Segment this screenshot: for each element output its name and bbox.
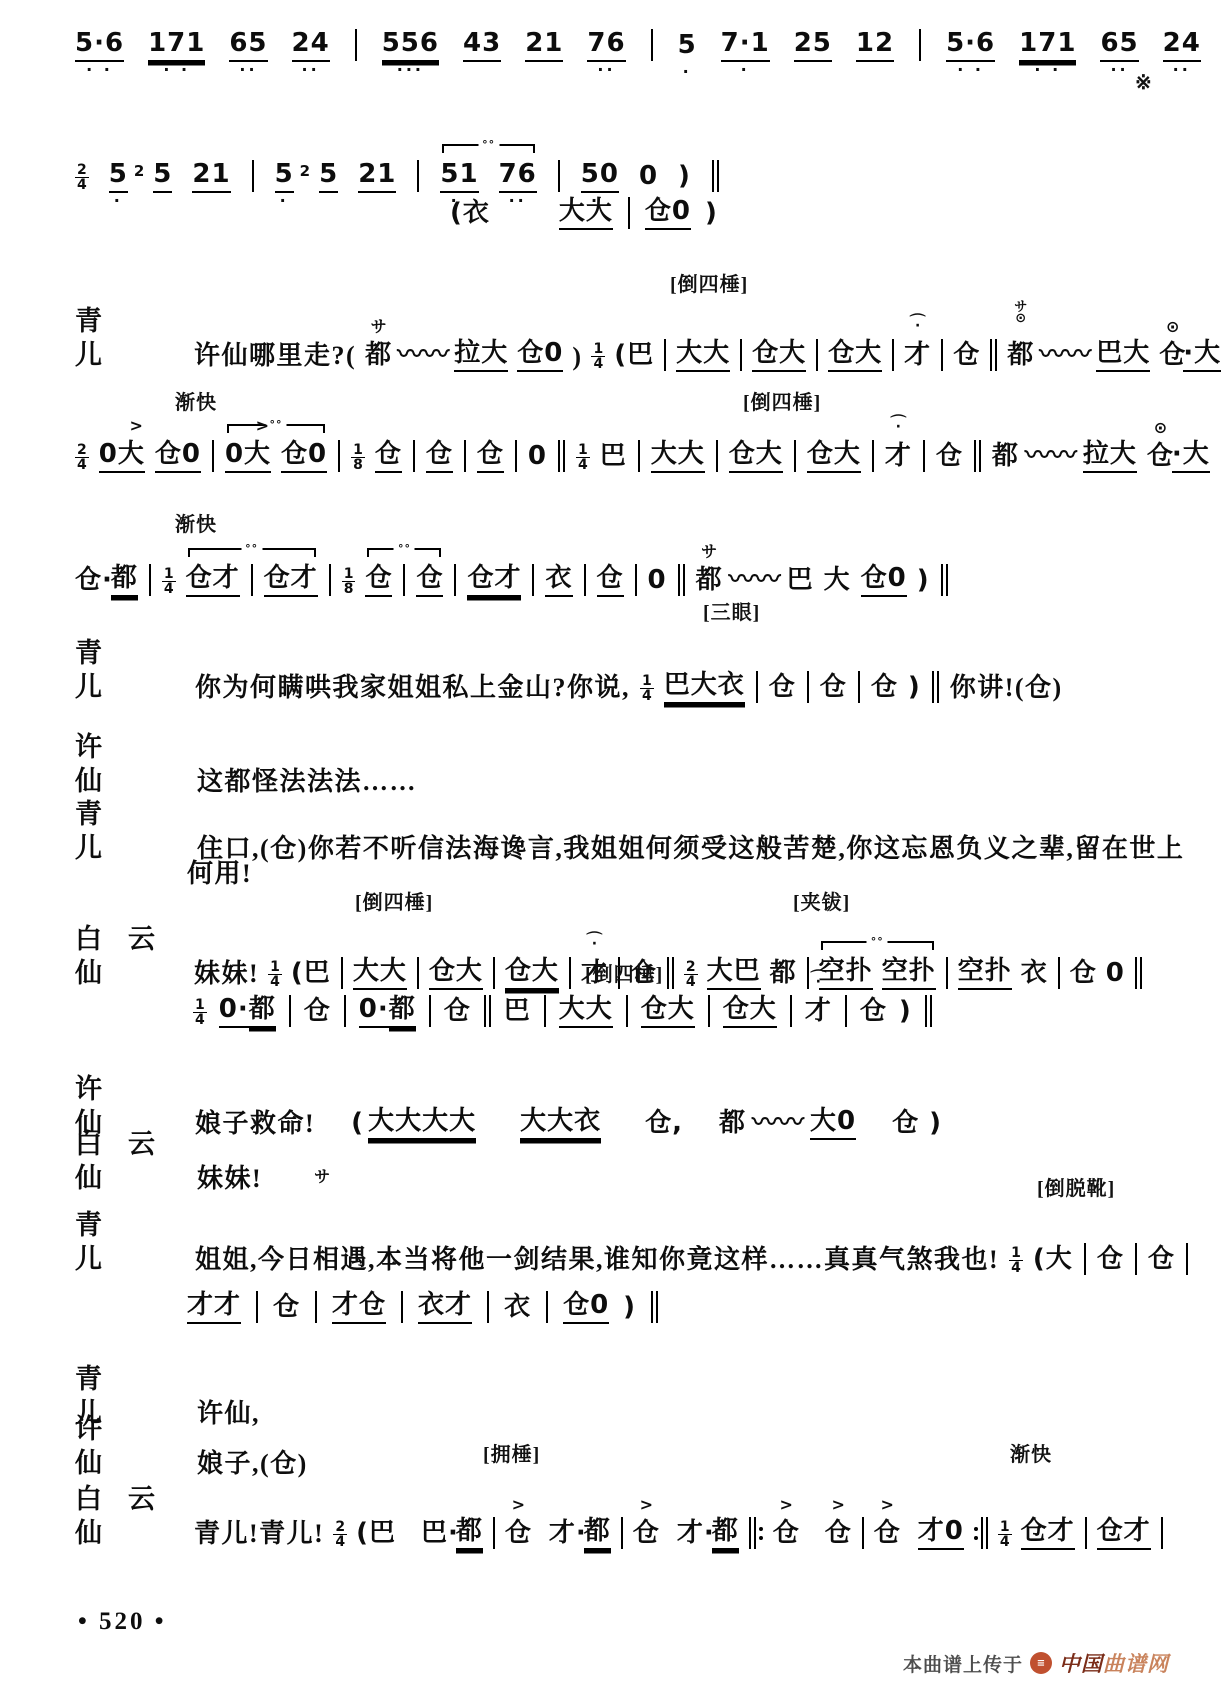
notation-token: 43: [463, 26, 501, 62]
score-line: [倒四棰]青 儿许仙哪里走?(都サ〰〰拉大仓0)14(巴大大仓大仓大才⌒仓都サ⊙…: [75, 268, 1191, 372]
notation-token: 才⌒: [805, 994, 832, 1028]
time-signature: 14: [1009, 1246, 1023, 1275]
notation-token: 巴大: [1096, 336, 1150, 372]
notation-token: 仓·: [75, 563, 113, 597]
barline: [789, 994, 793, 1028]
barline: [545, 1290, 549, 1324]
notation-mark: >: [825, 1497, 852, 1512]
notation-token: (巴: [614, 338, 654, 372]
notation-token: 0大>: [99, 437, 145, 473]
notation-token: 5·: [275, 157, 294, 193]
notation-token: 0·: [219, 992, 249, 1028]
octave-dots: ··: [229, 63, 267, 77]
annotation: [三眼]: [703, 596, 760, 625]
notation-token: 仓>: [505, 1516, 532, 1550]
score-line: 何用!: [75, 853, 1191, 890]
notation-token: 仓0: [861, 561, 907, 597]
barline: [634, 563, 638, 597]
barline: [844, 994, 848, 1028]
notation-token: 76··: [587, 26, 625, 62]
octave-dots: · ·: [946, 63, 995, 77]
barline: [891, 338, 895, 372]
notation-mark: ⌒: [581, 932, 608, 952]
speaker-name: 白云仙: [75, 1482, 155, 1550]
octave-dots: ···: [382, 63, 439, 77]
notation-row: 140·都仓0·都仓巴大大仓大仓大才⌒仓): [193, 992, 1191, 1028]
barline: [1160, 1516, 1164, 1550]
barline: [483, 994, 492, 1028]
octave-dots: · ·: [1019, 63, 1076, 77]
barline: [337, 439, 341, 473]
notation-token: 衣才: [418, 1288, 472, 1324]
barline: [650, 28, 654, 62]
barline: [416, 159, 420, 193]
notation-row: 青 儿许仙哪里走?(都サ〰〰拉大仓0)14(巴大大仓大仓大才⌒仓都サ⊙〰〰巴大仓…: [75, 304, 1191, 372]
notation-token: 0·: [359, 992, 389, 1028]
barline: [748, 1516, 764, 1550]
page-number: • 520 •: [78, 1608, 167, 1636]
time-signature: 24: [75, 443, 89, 472]
barline: [1084, 1516, 1088, 1550]
notation-token: 仓: [477, 437, 504, 473]
watermark-brand-light: 曲谱网: [1103, 1652, 1169, 1676]
notation-row: 青 儿姐姐,今日相遇,本当将他一剑结果,谁知你竟这样……真真气煞我也!14(大仓…: [75, 1208, 1191, 1276]
barline: [328, 563, 332, 597]
notation-token: 仓0: [517, 336, 563, 372]
notation-token: 171· ·: [148, 26, 205, 62]
notation-token: 〰〰: [729, 563, 781, 597]
time-signature: 14: [162, 567, 176, 596]
octave-dots: · ·: [148, 63, 205, 77]
barline: [806, 670, 810, 704]
tuplet-group: °°51· 76··: [440, 144, 536, 193]
notation-token: 24··: [1163, 26, 1201, 62]
notation-token: 21: [358, 157, 396, 193]
time-signature: 18: [351, 443, 365, 472]
speaker-name: 青 儿: [75, 636, 155, 704]
octave-dots: ··: [292, 63, 330, 77]
dialogue-text: 许仙哪里走?(: [194, 335, 356, 372]
tuplet-bracket: °°: [442, 144, 534, 153]
notation-token: 都: [389, 992, 416, 1028]
notation-row: 白云仙青儿!青儿!24(巴巴·都仓>才·都仓>才·都仓>仓>仓>才014仓才仓才: [75, 1482, 1191, 1550]
notation-mark: ⊙: [1147, 420, 1174, 435]
qupu-site-logo-icon: ≡: [1030, 1652, 1052, 1674]
barline: [793, 439, 797, 473]
notation-token: 仓0: [155, 437, 201, 473]
barline: [620, 1516, 624, 1550]
watermark-text: 本曲谱上传于: [903, 1650, 1023, 1677]
barline: [857, 670, 861, 704]
barline: [428, 994, 432, 1028]
barline: [715, 439, 719, 473]
notation-token: 5: [153, 157, 172, 193]
notation-row: 青 儿你为何瞒哄我家姐姐私上金山?你说,14巴大衣仓仓仓)你讲!(仓): [75, 636, 1191, 704]
barline: [755, 670, 759, 704]
notation-token: 5·6· ·: [75, 26, 124, 62]
notation-token: 仓大: [807, 437, 861, 473]
dialogue-text: 何用!: [187, 853, 252, 890]
dialogue-text: ): [572, 342, 582, 372]
notation-token: 仓: [936, 439, 963, 473]
annotation: [倒四棰]: [743, 386, 821, 415]
barline: [739, 338, 743, 372]
barline: [211, 439, 215, 473]
barline: [663, 338, 667, 372]
barline: [918, 28, 922, 62]
octave-dots: ··: [1100, 63, 1138, 77]
score-line: [三眼]青 儿你为何瞒哄我家姐姐私上金山?你说,14巴大衣仓仓仓)你讲!(仓): [75, 596, 1191, 704]
notation-token: 才·: [549, 1516, 587, 1550]
time-signature: 24: [333, 1520, 347, 1549]
barline: [871, 439, 875, 473]
notation-token: 大大: [559, 194, 613, 230]
notation-token: 仓: [820, 670, 847, 704]
barline: [343, 994, 347, 1028]
notation-mark: ⊙: [1159, 319, 1186, 334]
notation-token: 7·1·: [721, 26, 770, 62]
notation-row: 240大>仓0°°0大>仓018仓仓仓014巴大大仓大仓大才⌒仓都〰〰拉大仓⊙·…: [75, 424, 1191, 473]
notation-token: 巴·: [421, 1516, 459, 1550]
notation-token: ): [705, 196, 718, 230]
annotation: [拥棰]: [483, 1438, 540, 1467]
notation-token: 才·: [677, 1516, 715, 1550]
notation-token: 仓大: [729, 437, 783, 473]
notation-token: 仓大: [641, 992, 695, 1028]
speaker-name: 青 儿: [75, 304, 155, 372]
notation-token: 65··: [1100, 26, 1138, 62]
notation-row: 仓·都14°°仓才仓才18°°仓仓仓才衣仓0都サ〰〰巴大仓0): [75, 548, 1191, 597]
notation-token: 2: [134, 164, 145, 179]
barline: [1134, 1242, 1138, 1276]
notation-token: 才⌒: [885, 439, 912, 473]
notation-token: 都サ⊙: [1007, 338, 1034, 372]
barline: [973, 1516, 989, 1550]
notation-mark: >: [773, 1497, 800, 1512]
notation-token: ): [678, 159, 691, 193]
barline: [400, 1290, 404, 1324]
notation-token: 大大: [559, 992, 613, 1028]
notation-token: 仓0: [281, 437, 327, 473]
notation-token: 巴: [600, 439, 627, 473]
barline: [148, 563, 152, 597]
tuplet-group: °°仓仓: [365, 548, 443, 597]
tuplet-bracket: °°: [821, 941, 934, 950]
notation-token: 巴大衣: [664, 668, 745, 704]
octave-dots: ··: [587, 63, 625, 77]
notation-token: 50·: [581, 157, 619, 193]
notation-token: 76··: [499, 157, 537, 193]
dialogue-text: 你讲!(仓): [950, 667, 1063, 704]
barline: [677, 563, 686, 597]
dialogue-text: 你为何瞒哄我家姐姐私上金山?你说,: [195, 667, 630, 704]
notation-token: 仓大: [828, 336, 882, 372]
barline: [1185, 1242, 1189, 1276]
barline: [251, 159, 255, 193]
tuplet-group: °°仓才仓才: [186, 548, 318, 597]
notation-token: 2: [300, 164, 311, 179]
notation-token: 〰〰: [397, 338, 449, 372]
notation-mark: >: [874, 1497, 901, 1512]
notation-mark: サ: [696, 544, 723, 559]
score-line: [拥棰]渐快白云仙青儿!青儿!24(巴巴·都仓>才·都仓>才·都仓>仓>仓>才0…: [75, 1438, 1191, 1550]
speaker-name: 青 儿: [75, 1208, 155, 1276]
notation-token: 25: [794, 26, 832, 62]
notation-mark: >: [505, 1497, 532, 1512]
time-signature: 14: [998, 1520, 1012, 1549]
notation-token: 仓大: [752, 336, 806, 372]
time-signature: 14: [193, 998, 207, 1027]
notation-token: 0: [639, 159, 658, 193]
notation-token: 仓才: [1021, 1514, 1075, 1550]
notation-token: 仓: [416, 561, 443, 597]
barline: [637, 439, 641, 473]
octave-dots: ··: [1163, 63, 1201, 77]
notation-token: 仓: [597, 561, 624, 597]
notation-mark: ⌒: [885, 415, 912, 435]
annotation: [夹钹]: [793, 886, 850, 915]
barline: [412, 439, 416, 473]
notation-row: 245·25215·2521°°51· 76··50· 0): [75, 144, 1191, 193]
notation-token: 仓>: [633, 1516, 660, 1550]
annotation: 渐快: [175, 386, 217, 415]
barline: [314, 1290, 318, 1324]
notation-token: 仓: [304, 994, 331, 1028]
barline: [924, 994, 933, 1028]
notation-token: 才才: [187, 1288, 241, 1324]
barline: [861, 1516, 865, 1550]
notation-token: ·大: [1183, 336, 1221, 372]
annotation: [倒四棰]: [585, 958, 663, 987]
notation-token: 都: [111, 561, 138, 597]
score-line: [倒脱靴]青 儿姐姐,今日相遇,本当将他一剑结果,谁知你竟这样……真真气煞我也!…: [75, 1172, 1191, 1276]
notation-token: 5·: [678, 28, 697, 62]
notation-token: 5·: [109, 157, 128, 193]
time-signature: 14: [640, 674, 654, 703]
notation-token: 仓>: [825, 1516, 852, 1550]
notation-token: 65··: [229, 26, 267, 62]
barline: [463, 439, 467, 473]
notation-token: 21: [525, 26, 563, 62]
notation-token: 仓: [365, 561, 392, 597]
notation-token: 大大: [651, 437, 705, 473]
notation-token: 才⌒: [904, 338, 931, 372]
time-signature: 14: [576, 443, 590, 472]
notation-token: ): [908, 670, 921, 704]
notation-mark: >: [256, 418, 269, 433]
barline: [711, 159, 720, 193]
dialogue-text: 青儿!青儿!: [194, 1513, 324, 1550]
notation-token: ): [899, 994, 912, 1028]
octave-dots: ·: [721, 63, 770, 77]
notation-token: 才0: [918, 1514, 964, 1550]
score-line: [倒四棰]140·都仓0·都仓巴大大仓大仓大才⌒仓): [75, 958, 1191, 1028]
notation-row: (衣大大仓0): [450, 194, 1191, 230]
barline: [453, 563, 457, 597]
notation-token: 仓才: [1097, 1514, 1151, 1550]
notation-token: 仓⊙: [1147, 439, 1174, 473]
notation-token: 仓: [444, 994, 471, 1028]
notation-token: 0大>: [225, 437, 271, 473]
time-signature: 24: [75, 163, 89, 192]
notation-token: 都: [712, 1514, 739, 1550]
barline: [940, 338, 944, 372]
notation-mark: サ⊙: [1007, 302, 1034, 324]
notation-token: ): [917, 563, 930, 597]
notation-token: 仓: [1148, 1242, 1175, 1276]
barline: [922, 439, 926, 473]
annotation: [倒四棰]: [670, 268, 748, 297]
notation-token: 5·6· ·: [946, 26, 995, 62]
dialogue-text: 这都怪法法法……: [197, 761, 417, 798]
tuplet-group: °°0大>仓0: [225, 424, 327, 473]
notation-token: 衣: [545, 561, 572, 597]
notation-token: 拉大: [454, 336, 508, 372]
notation-row: 5·6· ·171· ·65··24··556···432176··5·7·1·…: [75, 26, 1191, 62]
notation-token: 〰〰: [1039, 338, 1091, 372]
notation-token: 仓: [953, 338, 980, 372]
time-signature: 18: [342, 567, 356, 596]
barline: [940, 563, 949, 597]
watermark-brand-dark: 中国: [1059, 1652, 1103, 1676]
notation-token: 仓: [375, 437, 402, 473]
barline: [1083, 1242, 1087, 1276]
score-line: ※5·6· ·171· ·65··24··556···432176··5·7·1…: [75, 26, 1191, 62]
annotation: 渐快: [1010, 1438, 1052, 1467]
barline: [543, 994, 547, 1028]
barline: [973, 439, 982, 473]
notation-mark: >: [633, 1497, 660, 1512]
annotation: [倒四棰]: [355, 886, 433, 915]
notation-token: 都: [249, 992, 276, 1028]
barline: [583, 563, 587, 597]
notation-token: 仓才: [186, 561, 240, 597]
barline: [557, 159, 561, 193]
notation-token: ): [623, 1290, 636, 1324]
watermark: 本曲谱上传于 ≡ 中国曲谱网: [903, 1648, 1169, 1678]
sheet-music-page: ※5·6· ·171· ·65··24··556···432176··5·7·1…: [0, 0, 1221, 1694]
notation-mark: >: [129, 418, 142, 433]
notation-token: 0: [528, 439, 547, 473]
notation-token: 51·: [440, 157, 478, 193]
dialogue-text: 姐姐,今日相遇,本当将他一剑结果,谁知你竟这样……真真气煞我也!: [195, 1239, 999, 1276]
score: ※5·6· ·171· ·65··24··556···432176··5·7·1…: [0, 0, 1221, 1694]
barline: [625, 994, 629, 1028]
notation-token: 仓大: [723, 992, 777, 1028]
barline: [250, 563, 254, 597]
notation-token: 拉大: [1083, 437, 1137, 473]
time-signature: 14: [591, 342, 605, 371]
octave-dots: · ·: [75, 63, 124, 77]
notation-token: 24··: [292, 26, 330, 62]
notation-token: 仓: [1097, 1242, 1124, 1276]
notation-token: 仓: [273, 1290, 300, 1324]
barline: [514, 439, 518, 473]
score-line: (衣大大仓0): [75, 194, 1191, 230]
notation-mark: サ: [365, 319, 392, 334]
barline: [255, 1290, 259, 1324]
watermark-brand: 中国曲谱网: [1059, 1648, 1169, 1678]
tuplet-bracket: °°: [188, 548, 316, 557]
notation-token: 衣: [504, 1290, 531, 1324]
barline: [531, 563, 535, 597]
barline: [354, 28, 358, 62]
notation-token: 21: [192, 157, 230, 193]
notation-token: 仓>: [874, 1516, 901, 1550]
notation-mark: ⌒: [904, 314, 931, 334]
notation-row: 才才仓才仓衣才衣仓0): [187, 1288, 1191, 1324]
notation-token: 仓>: [773, 1516, 800, 1550]
notation-token: (巴: [356, 1516, 396, 1550]
barline: [815, 338, 819, 372]
notation-token: 0: [648, 563, 667, 597]
barline: [627, 196, 631, 230]
score-line: 许 仙这都怪法法法……: [75, 730, 1191, 798]
notation-token: 都: [456, 1514, 483, 1550]
notation-token: 〰〰: [1025, 439, 1077, 473]
notation-token: 仓: [871, 670, 898, 704]
notation-token: 巴: [787, 563, 814, 597]
notation-token: (大: [1033, 1242, 1073, 1276]
notation-token: ·大: [1172, 437, 1210, 473]
notation-token: 仓⊙: [1159, 338, 1186, 372]
barline: [989, 338, 998, 372]
notation-token: 都サ: [365, 338, 392, 372]
notation-token: 都サ: [696, 563, 723, 597]
notation-token: 仓才: [467, 561, 521, 597]
notation-token: 大大: [676, 336, 730, 372]
barline: [486, 1290, 490, 1324]
notation-token: (衣: [450, 196, 490, 230]
score-line: 渐快[倒四棰]240大>仓0°°0大>仓018仓仓仓014巴大大仓大仓大才⌒仓都…: [75, 386, 1191, 473]
barline: [650, 1290, 659, 1324]
annotation: 渐快: [175, 508, 217, 537]
notation-token: 仓: [426, 437, 453, 473]
notation-mark: ⌒: [805, 970, 832, 990]
score-line: 渐快仓·都14°°仓才仓才18°°仓仓仓才衣仓0都サ〰〰巴大仓0): [75, 508, 1191, 597]
barline: [492, 1516, 496, 1550]
barline: [402, 563, 406, 597]
notation-token: 仓: [769, 670, 796, 704]
tuplet-bracket: °°: [367, 548, 441, 557]
notation-row: 何用!: [187, 853, 1191, 890]
notation-token: 仓: [860, 994, 887, 1028]
barline: [707, 994, 711, 1028]
notation-token: 仓才: [264, 561, 318, 597]
barline: [931, 670, 940, 704]
notation-token: 都: [584, 1514, 611, 1550]
annotation: [倒脱靴]: [1037, 1172, 1115, 1201]
score-line: 才才仓才仓衣才衣仓0): [75, 1288, 1191, 1324]
barline: [557, 439, 566, 473]
notation-token: 5: [319, 157, 338, 193]
score-line: 245·25215·2521°°51· 76··50· 0): [75, 132, 1191, 193]
notation-token: 大: [824, 563, 851, 597]
notation-token: 巴: [504, 994, 531, 1028]
notation-token: 仓0: [645, 194, 691, 230]
octave-dots: ·: [678, 65, 697, 79]
notation-token: 都: [992, 439, 1019, 473]
barline: [288, 994, 292, 1028]
notation-row: 许 仙这都怪法法法……: [75, 730, 1191, 798]
notation-token: 171· ·: [1019, 26, 1076, 62]
notation-token: 556···: [382, 26, 439, 62]
notation-token: 才仓: [332, 1288, 386, 1324]
speaker-name: 许 仙: [75, 730, 155, 798]
notation-token: 仓0: [563, 1288, 609, 1324]
tuplet-bracket: °°: [227, 424, 325, 433]
notation-token: 12: [856, 26, 894, 62]
